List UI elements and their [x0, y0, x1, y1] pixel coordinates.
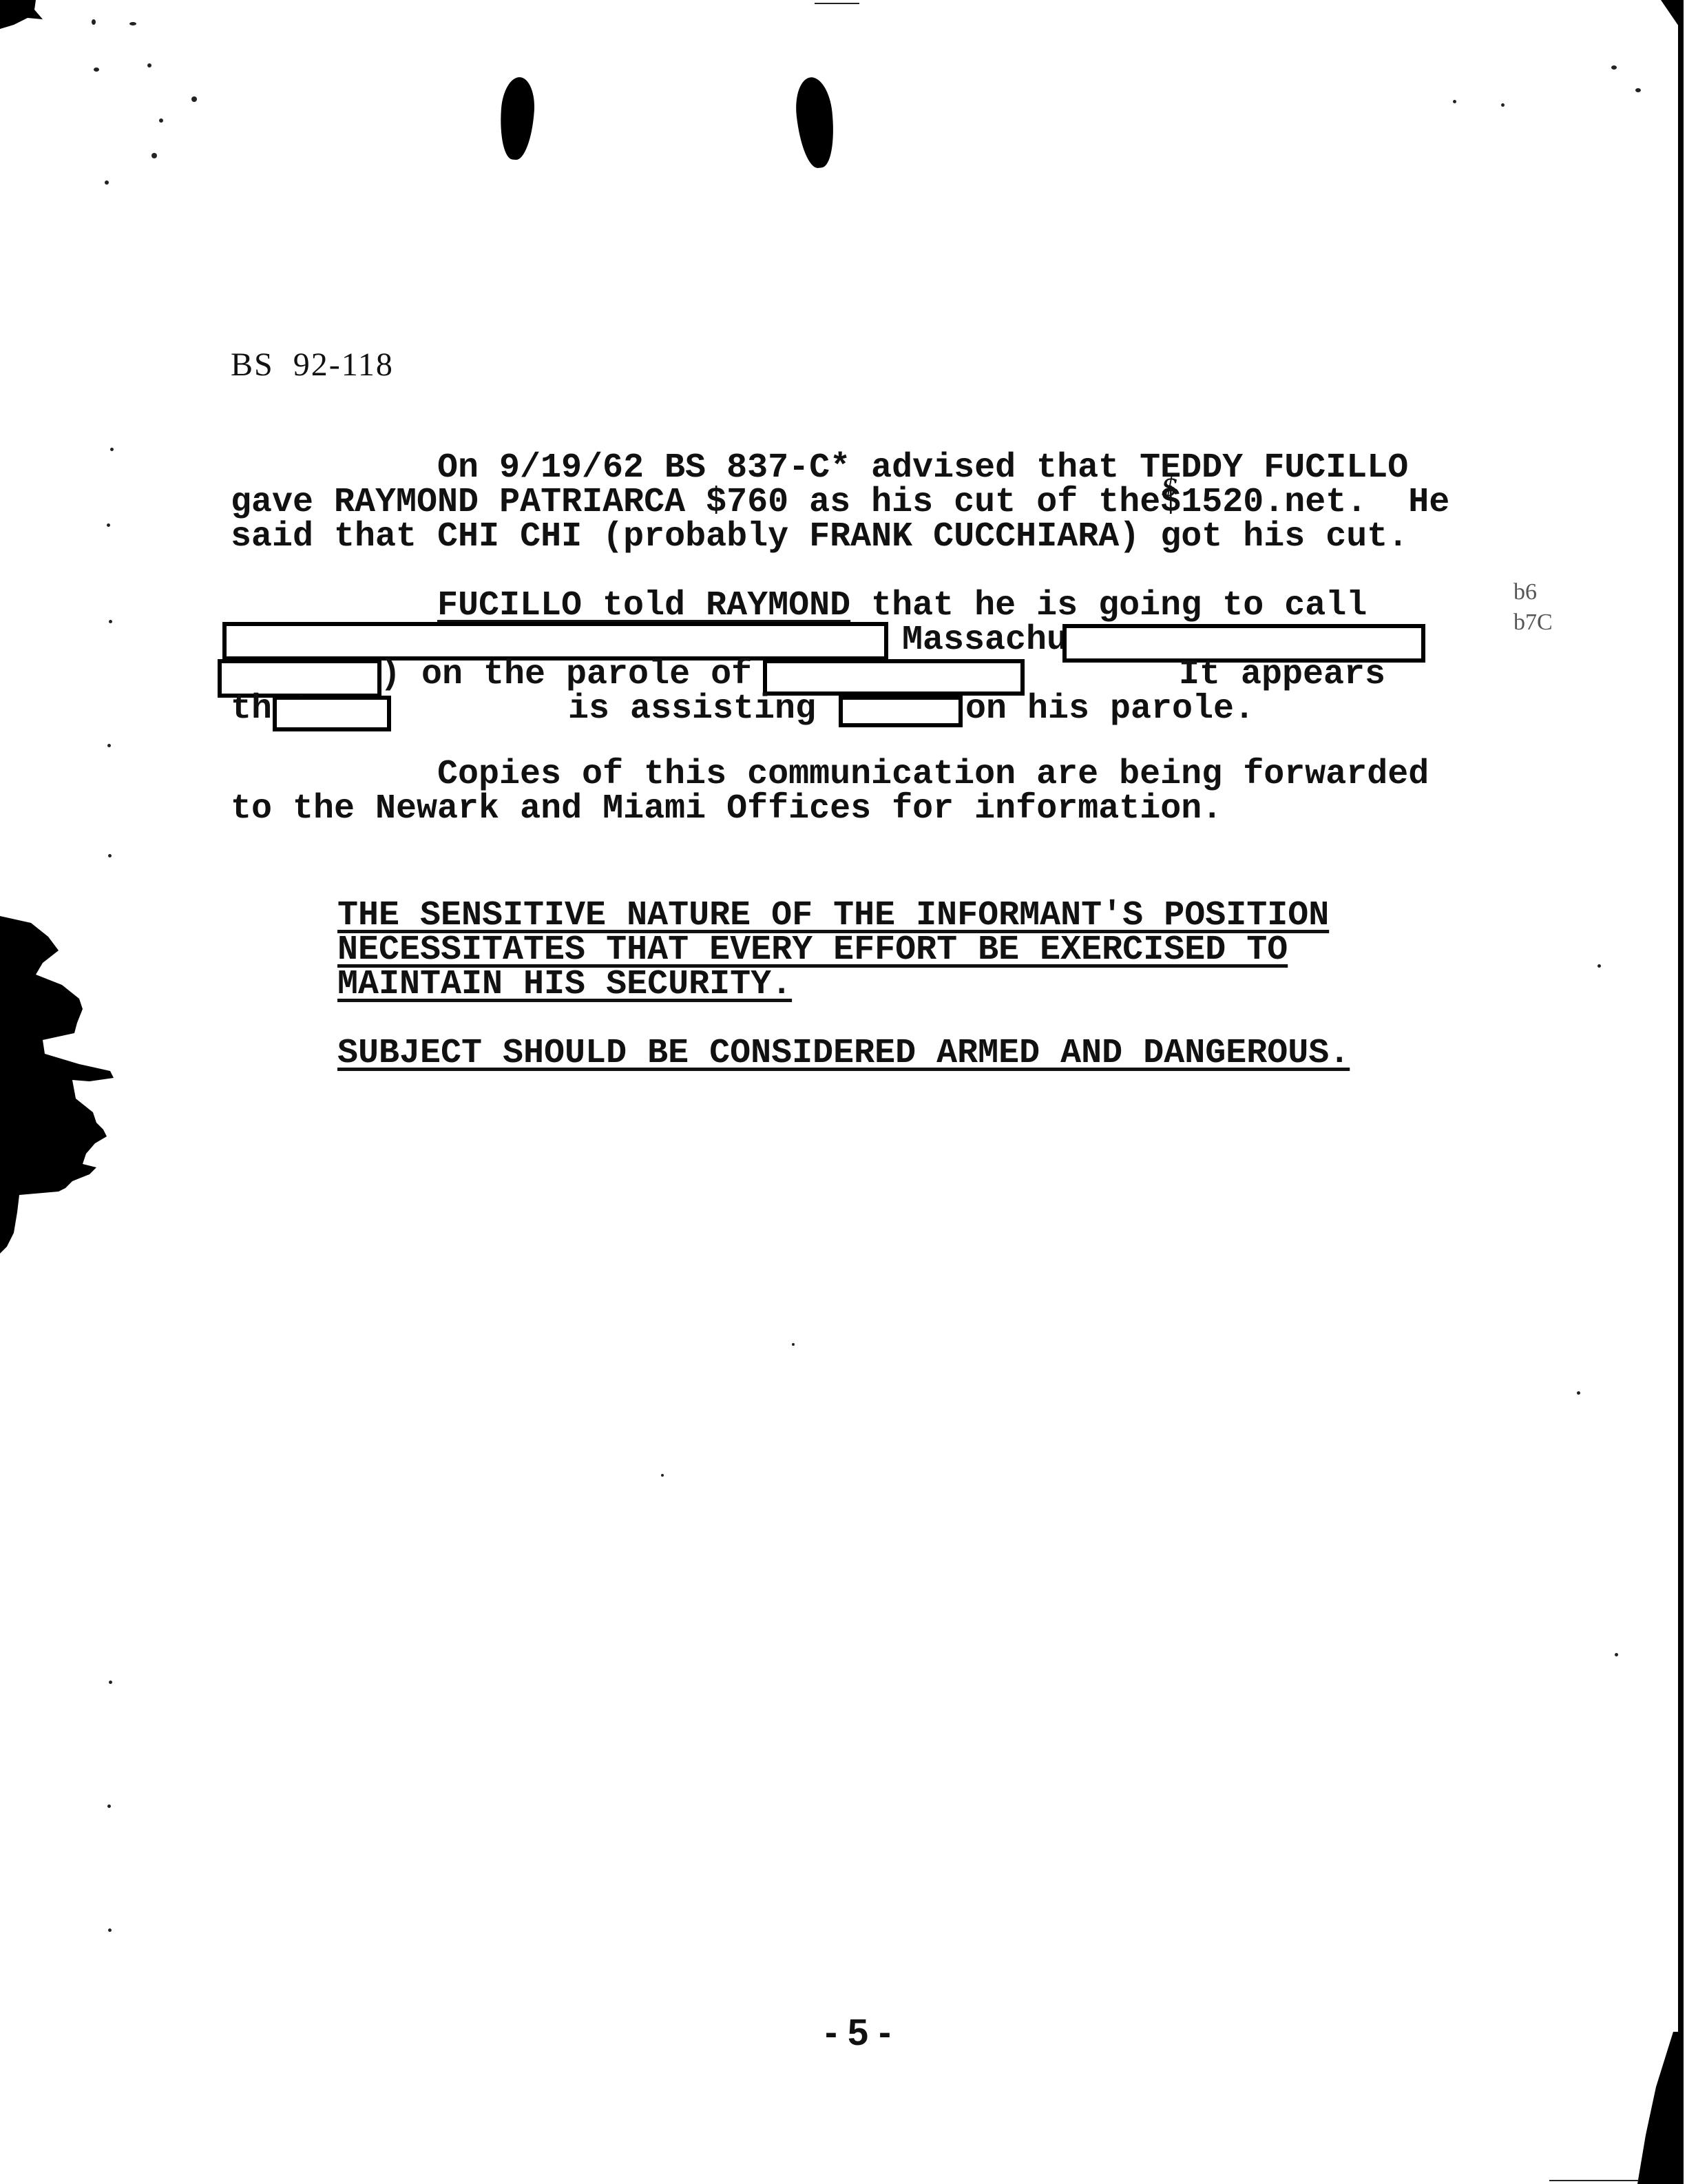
right-edge-corner-bottom: [1632, 2032, 1687, 2184]
document-page: BS 92-118 On 9/19/62 BS 837-C* advised t…: [0, 0, 1687, 2184]
scan-speck: [151, 153, 157, 158]
redaction-box-6: [839, 696, 963, 727]
armed-dangerous-warning: SUBJECT SHOULD BE CONSIDERED ARMED AND D…: [337, 1037, 1350, 1071]
scan-speck: [129, 22, 136, 25]
redaction-box-5: [273, 696, 391, 731]
scan-speck: [1615, 1653, 1618, 1656]
scan-speck: [1611, 65, 1617, 70]
security-warning-line-2: NECESSITATES THAT EVERY EFFORT BE EXERCI…: [337, 933, 1288, 968]
paragraph-3-line-2: to the Newark and Miami Offices for info…: [231, 792, 1222, 826]
page-number: - 5 -: [825, 2011, 891, 2054]
paragraph-2-line-4-end: on his parole.: [965, 692, 1255, 727]
scan-speck: [107, 744, 111, 747]
top-edge-line: [815, 3, 859, 4]
scan-speck: [109, 620, 112, 623]
paragraph-1-line-3: said that CHI CHI (probably FRANK CUCCHI…: [231, 520, 1408, 554]
scan-speck: [92, 19, 96, 25]
scan-speck: [1635, 88, 1641, 92]
scan-speck: [110, 448, 114, 451]
paragraph-2-line-4-mid: is assisting: [568, 692, 816, 727]
scan-speck: [107, 1805, 111, 1808]
paragraph-1-line-2: gave RAYMOND PATRIARCA $760 as his cut o…: [231, 486, 1449, 520]
file-reference: BS 92-118: [231, 348, 394, 382]
paragraph-2-line-1: FUCILLO told RAYMOND that he is going to…: [437, 589, 1367, 623]
punch-hole-right: [793, 76, 838, 170]
handwritten-dollar-insert: $: [1161, 471, 1178, 503]
scan-speck: [159, 118, 163, 123]
scan-speck: [1597, 964, 1601, 968]
scan-speck: [1453, 100, 1456, 103]
paragraph-1-line-1: On 9/19/62 BS 837-C* advised that TEDDY …: [437, 451, 1408, 486]
paragraph-2-line-3-end: It appears: [1179, 658, 1385, 692]
scan-speck: [1501, 103, 1505, 107]
scan-speck: [1577, 1391, 1580, 1395]
underlined-names: FUCILLO told RAYMOND: [437, 586, 850, 625]
scan-speck: [147, 63, 151, 67]
scan-speck: [94, 67, 99, 72]
bottom-edge-line: [1549, 2180, 1639, 2181]
right-edge-corner-top: [1653, 0, 1687, 34]
scan-speck: [661, 1474, 664, 1477]
scan-speck: [191, 96, 197, 102]
paragraph-2-line-3-mid: ) on the parole of: [380, 658, 752, 692]
exemption-code-b6: b6: [1513, 577, 1537, 607]
left-edge-scan-shadow: [0, 909, 124, 1584]
scan-speck: [109, 1681, 112, 1684]
scan-speck: [107, 523, 110, 527]
punch-hole-left: [498, 76, 536, 160]
scan-speck: [105, 180, 109, 185]
paragraph-2-line-1-rest: that he is going to call: [850, 586, 1367, 625]
exemption-code-b7c: b7C: [1513, 607, 1553, 638]
security-warning-line-3: MAINTAIN HIS SECURITY.: [337, 968, 792, 1002]
scan-speck: [108, 854, 112, 857]
right-edge-scan-shadow: [1678, 0, 1684, 2184]
paragraph-3-line-1: Copies of this communication are being f…: [437, 758, 1429, 792]
corner-artifact-top-left: [0, 0, 48, 34]
scan-speck: [792, 1343, 795, 1346]
security-warning-line-1: THE SENSITIVE NATURE OF THE INFORMANT'S …: [337, 899, 1329, 933]
scan-speck: [108, 1928, 112, 1932]
